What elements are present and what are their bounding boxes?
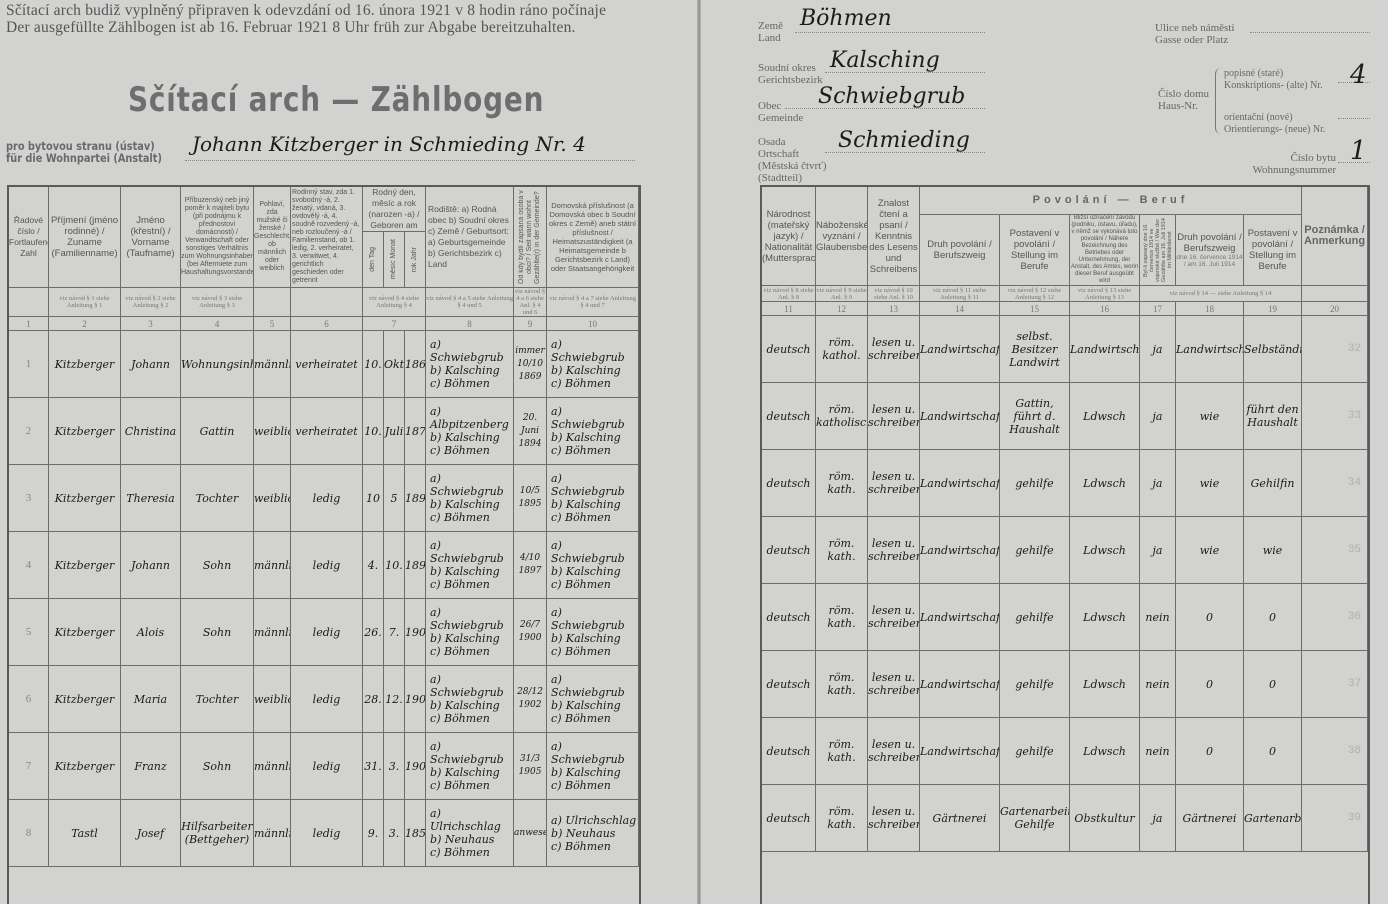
land-label-cs: Země (758, 20, 783, 32)
form-title: Sčítací arch — Zählbogen (128, 80, 544, 120)
house-new-label-de: Orientierungs- (neue) Nr. (1224, 124, 1325, 136)
land-label: ZeměLand (758, 20, 783, 44)
notice-cs: Sčítací arch budiž vyplněný připraven k … (6, 2, 606, 19)
municipality-label-de: Gemeinde (758, 112, 803, 124)
notice-de: Der ausgefüllte Zählbogen ist ab 16. Feb… (6, 19, 606, 36)
settlement-value: Schmieding (838, 128, 970, 153)
party-value: Johann Kitzberger in Schmieding Nr. 4 (192, 132, 586, 156)
house-new-label: orientační (nové)Orientierungs- (neue) N… (1224, 112, 1325, 136)
settlement-label-cs2: (Městská čtvrť) (758, 160, 827, 172)
house-label-de: Haus-Nr. (1158, 100, 1209, 112)
street-line (1250, 32, 1370, 33)
land-value: Böhmen (800, 6, 892, 31)
municipality-label: ObecGemeinde (758, 100, 803, 124)
house-old-value: 4 (1350, 60, 1367, 90)
house-old-label-cs: popisné (staré) (1224, 68, 1323, 80)
apartment-label-cs: Číslo bytu (1252, 152, 1336, 164)
submission-notice: Sčítací arch budiž vyplněný připraven k … (6, 2, 606, 36)
right-table-frame (760, 185, 1370, 904)
house-number-label: Číslo domuHaus-Nr. (1158, 88, 1209, 112)
apartment-value: 1 (1350, 136, 1367, 166)
page-gutter (697, 0, 701, 904)
settlement-label: OsadaOrtschaft(Městská čtvrť)(Stadtteil) (758, 136, 827, 184)
district-value: Kalsching (830, 48, 940, 73)
settlement-label-cs: Osada (758, 136, 827, 148)
district-label-cs: Soudní okres (758, 62, 823, 74)
municipality-label-cs: Obec (758, 100, 803, 112)
street-label: Ulice neb náměstíGasse oder Platz (1155, 22, 1234, 46)
house-old-label-de: Konskriptions- (alte) Nr. (1224, 80, 1323, 92)
municipality-value: Schwiebgrub (818, 84, 965, 109)
street-label-de: Gasse oder Platz (1155, 34, 1234, 46)
house-new-label-cs: orientační (nové) (1224, 112, 1325, 124)
settlement-label-de2: (Stadtteil) (758, 172, 827, 184)
settlement-label-de: Ortschaft (758, 148, 827, 160)
street-label-cs: Ulice neb náměstí (1155, 22, 1234, 34)
district-label-de: Gerichtsbezirk (758, 74, 823, 86)
district-label: Soudní okresGerichtsbezirk (758, 62, 823, 86)
house-label-cs: Číslo domu (1158, 88, 1209, 100)
house-new-line (1338, 118, 1370, 119)
land-label-de: Land (758, 32, 783, 44)
house-old-label: popisné (staré)Konskriptions- (alte) Nr. (1224, 68, 1323, 92)
party-underline (185, 160, 635, 161)
apartment-label: Číslo bytuWohnungsnummer (1252, 152, 1336, 176)
apartment-label-de: Wohnungsnummer (1252, 164, 1336, 176)
party-label-de: für die Wohnpartei (Anstalt) (6, 152, 162, 164)
house-brace (1215, 68, 1222, 134)
land-line (795, 32, 985, 33)
party-label: pro bytovou stranu (ústav) für die Wohnp… (6, 140, 162, 164)
left-table-frame (7, 185, 641, 904)
